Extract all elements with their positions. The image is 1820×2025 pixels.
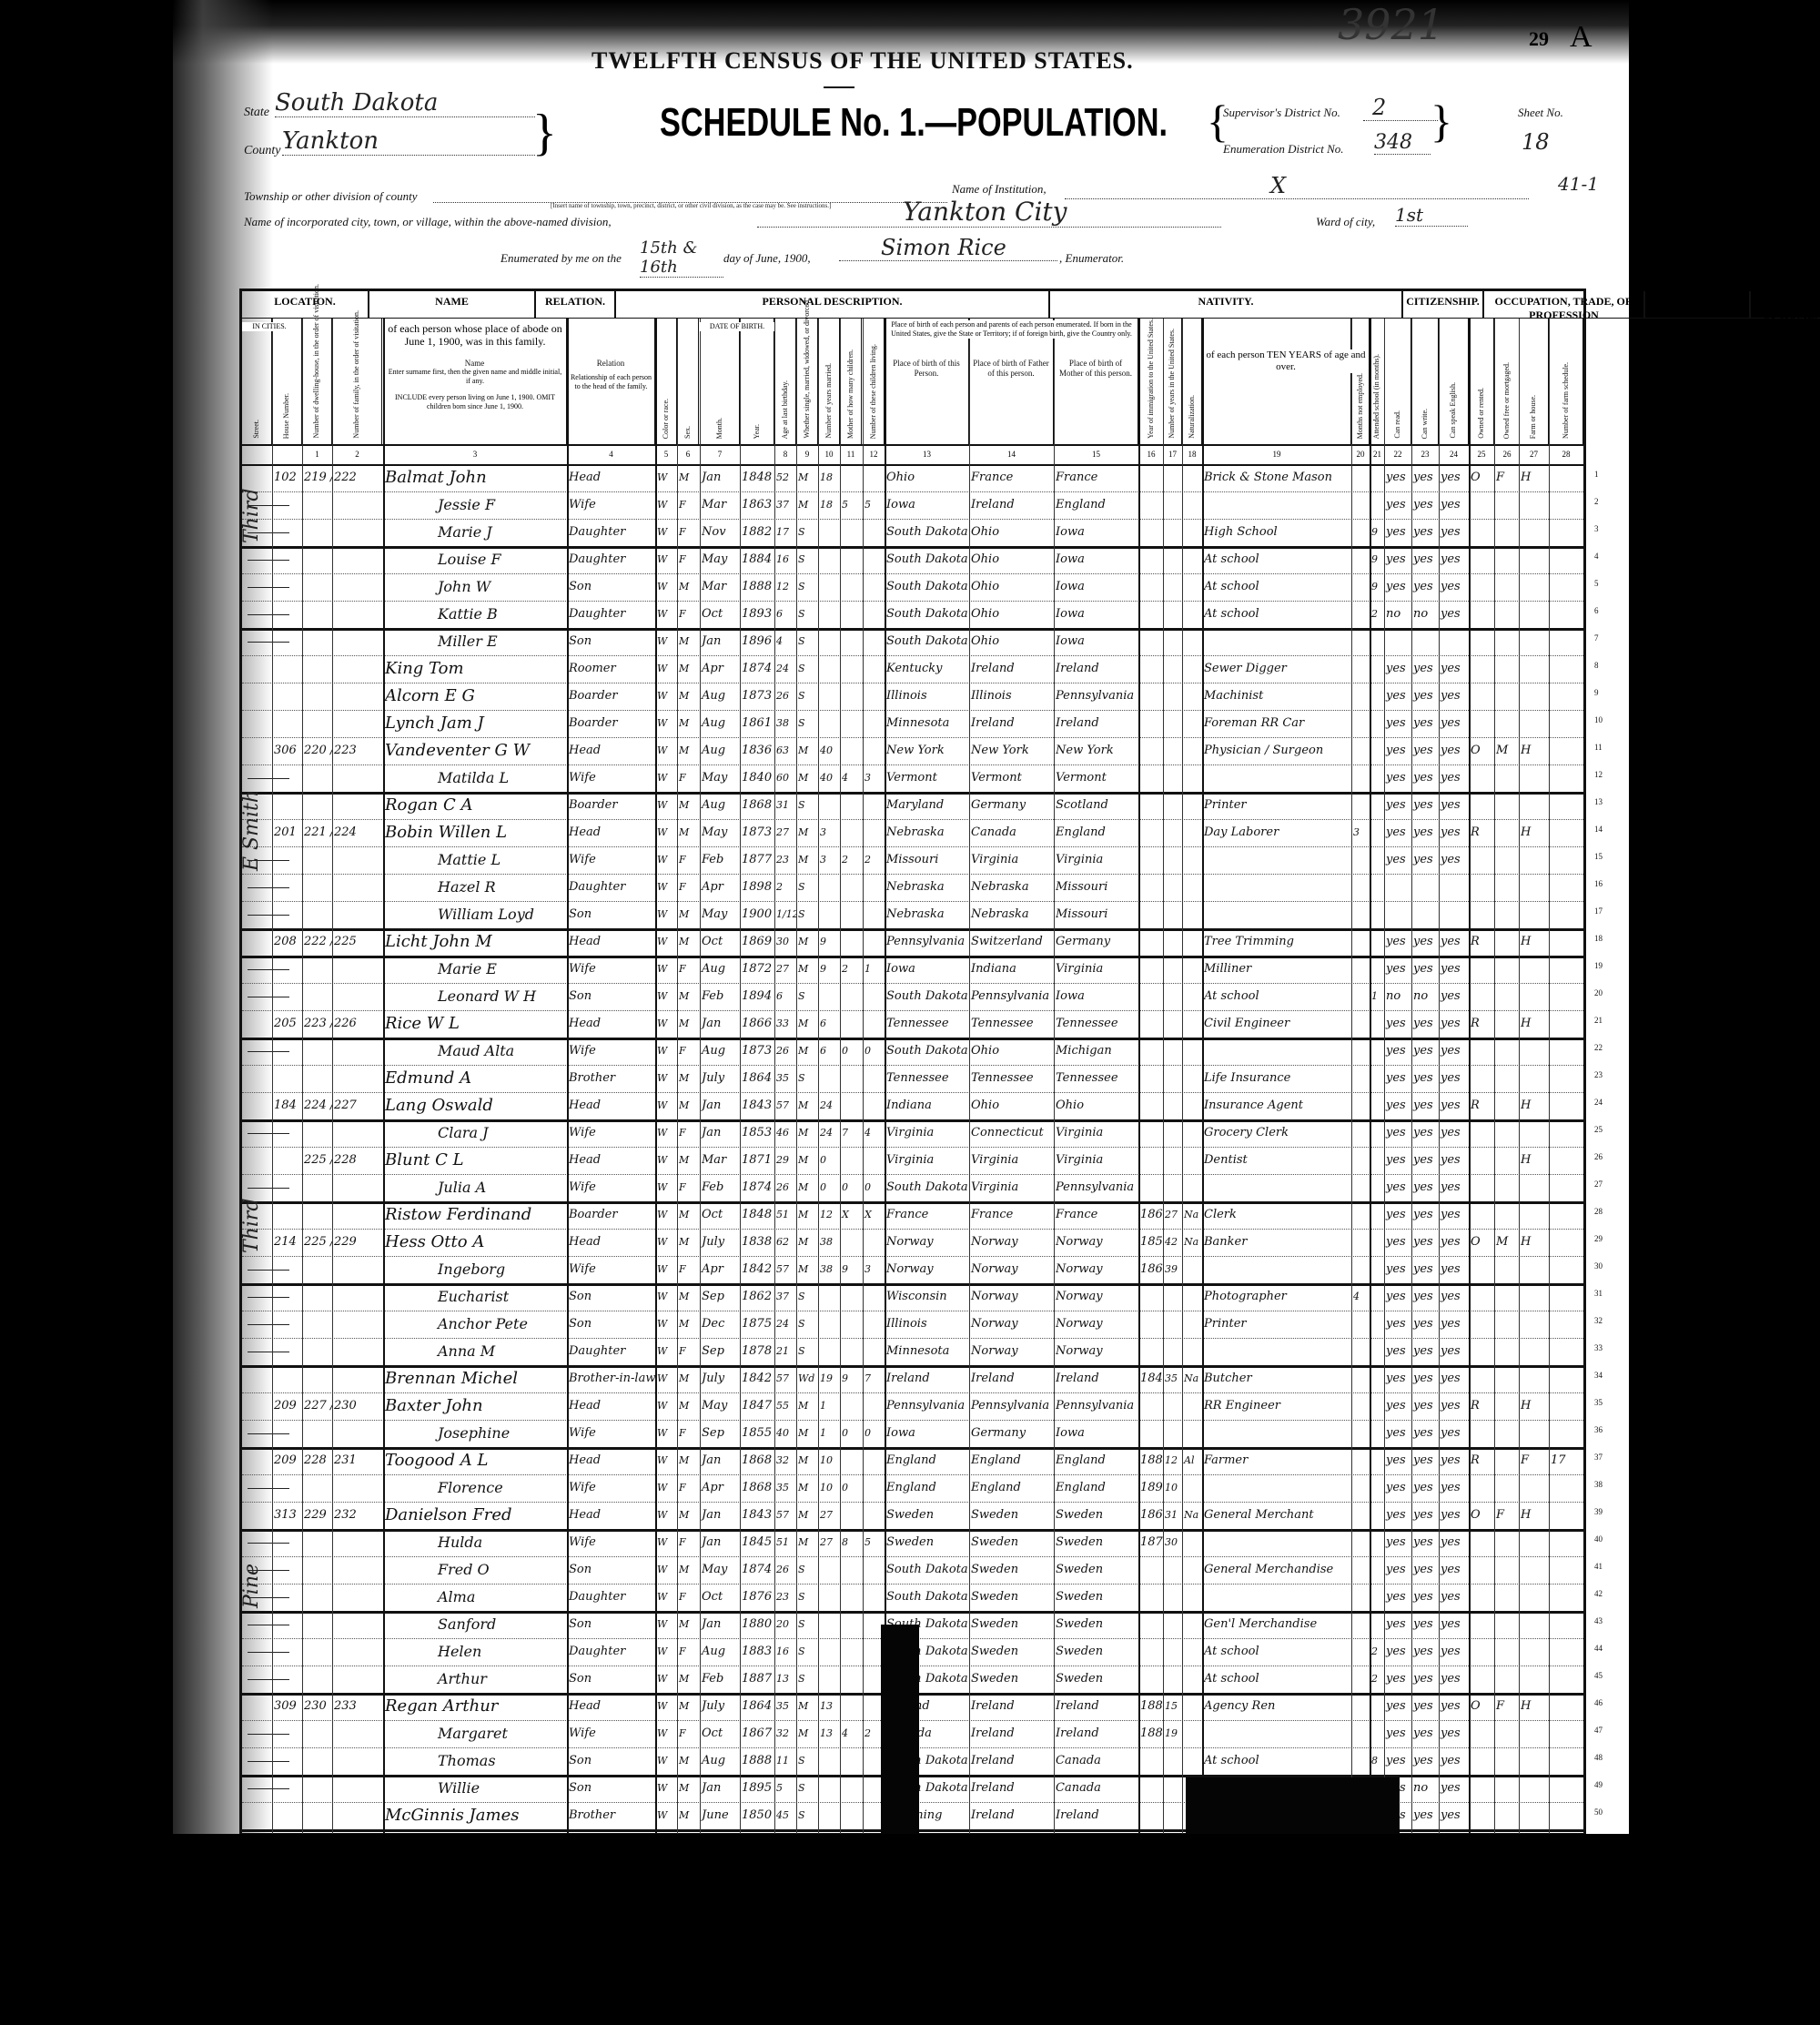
cell-year: 1895 [740,1775,774,1802]
cell-free [1494,1747,1520,1775]
cell-birth: Nebraska [885,901,969,928]
cell-sex: M [677,1283,699,1311]
cell-dwelling [302,1065,332,1092]
cell-marital: S [796,601,818,628]
cell-father-birth: Ireland [969,710,1054,737]
cell-free: M [1494,737,1520,764]
cell-living [863,1147,885,1174]
cell-father-birth: Norway [969,1311,1054,1338]
cell-natur: Na [1182,1502,1202,1529]
cell-mother-birth: Scotland [1054,792,1138,819]
cell-write: yes [1411,491,1439,519]
line-number: 15 [1594,852,1603,861]
cell-natur [1182,901,1202,928]
column-number-row: 1234567891011121314151617181920212223242… [242,444,1583,466]
cell-english: yes [1439,1174,1469,1201]
cell-school [1370,1229,1385,1256]
line-number: 13 [1594,797,1603,806]
line-number: 44 [1594,1644,1603,1653]
cell-marital: M [796,1474,818,1502]
line-number: 41 [1594,1562,1603,1571]
cell-dwelling [302,764,332,792]
cell-house: 309 [272,1693,302,1720]
cell-year: 1863 [740,491,774,519]
cell-occupation: General Merchandise [1202,1556,1351,1584]
cell-english: yes [1439,464,1469,491]
cell-free [1494,1392,1520,1420]
cell-family [332,519,382,546]
cell-marital: M [796,464,818,491]
column-rule [1351,319,1352,1834]
cell-age: 32 [774,1720,796,1747]
cell-mother-birth: Tennessee [1054,1010,1138,1038]
line-number: 7 [1594,633,1599,643]
column-header-text: Month. [715,418,723,439]
cell-relation: Boarder [567,683,655,710]
cell-immig: 1890 [1138,1474,1164,1502]
cell-months-unemp [1351,601,1370,628]
cell-yrs-us [1163,874,1182,901]
cell-yrs-married: 18 [818,464,840,491]
cell-birth: Virginia [885,1147,969,1174]
cell-sex: F [677,1584,699,1611]
cell-dwelling [302,956,332,983]
cell-mother-of [840,601,862,628]
cell-birth: Pennsylvania [885,1392,969,1420]
cell-marital: M [796,1147,818,1174]
cell-mother-birth: Sweden [1054,1584,1138,1611]
cell-living [863,655,885,683]
cell-color: W [655,1311,677,1338]
cell-yrs-us [1163,1119,1182,1147]
cell-father-birth: Pennsylvania [969,983,1054,1010]
cell-name: Willie [383,1775,567,1802]
cell-immig: 1858 [1138,1229,1164,1256]
cell-school [1370,1693,1385,1720]
cell-owned [1469,683,1494,710]
cell-immig [1138,1283,1164,1311]
cell-birth: Ireland [885,1365,969,1392]
cell-father-birth: Ireland [969,491,1054,519]
cell-family [332,1720,382,1747]
cell-name: Vandeventer G W [383,737,567,764]
cell-family: 224 [332,819,382,846]
cell-color: W [655,1584,677,1611]
cell-yrs-married [818,573,840,601]
cell-family [332,491,382,519]
cell-free [1494,901,1520,928]
cell-yrs-married: 40 [818,764,840,792]
cell-months-unemp [1351,901,1370,928]
cell-birth: Iowa [885,491,969,519]
cell-mother-birth: England [1054,1447,1138,1474]
cell-occupation: Tree Trimming [1202,928,1351,956]
cell-yrs-married [818,1338,840,1365]
cell-relation: Son [567,901,655,928]
cell-write: yes [1411,1092,1439,1119]
cell-occupation: At school [1202,1666,1351,1693]
column-number: 6 [677,444,699,464]
cell-month: Jan [700,1529,740,1556]
cell-occupation: Clerk [1202,1201,1351,1229]
cell-year: 1887 [740,1666,774,1693]
cell-english: yes [1439,1529,1469,1556]
cell-family [332,1119,382,1147]
cell-english: yes [1439,928,1469,956]
cell-month: Aug [700,737,740,764]
cell-birth: Nebraska [885,819,969,846]
cell-owned [1469,983,1494,1010]
cell-occupation: At school [1202,1747,1351,1775]
cell-write: yes [1411,1447,1439,1474]
cell-birth: Minnesota [885,1338,969,1365]
cell-name: Licht John M [383,928,567,956]
cell-farm [1519,573,1549,601]
cell-name: Ingeborg [383,1256,567,1283]
cell-schedule [1549,491,1583,519]
cell-mother-of [840,1447,862,1474]
cell-marital: S [796,901,818,928]
cell-school: 9 [1370,546,1385,573]
ditto-dash [248,560,289,561]
cell-write: yes [1411,546,1439,573]
cell-free [1494,546,1520,573]
cell-month: Jan [700,1502,740,1529]
cell-mother-birth: France [1054,464,1138,491]
cell-read: yes [1384,1666,1411,1693]
cell-birth: Nebraska [885,874,969,901]
cell-name: Louise F [383,546,567,573]
line-number: 12 [1594,770,1603,779]
cell-read: yes [1384,1474,1411,1502]
cell-school: 9 [1370,519,1385,546]
cell-dwelling: 227 / 227 [302,1392,332,1420]
cell-natur [1182,1638,1202,1666]
cell-yrs-us [1163,1420,1182,1447]
cell-english: yes [1439,1584,1469,1611]
cell-mother-of [840,901,862,928]
cell-living [863,1392,885,1420]
cell-name: Julia A [383,1174,567,1201]
cell-father-birth: New York [969,737,1054,764]
cell-free [1494,1474,1520,1502]
cell-sex: M [677,1502,699,1529]
cell-mother-of [840,792,862,819]
street-name-label: Third [240,1171,263,1253]
table-row: Lynch Jam JBoarderWMAug186138SMinnesotaI… [242,710,1583,738]
column-header-read: Can read. [1384,319,1411,444]
cell-relation: Brother-in-law [567,1365,655,1392]
cell-mother-birth: Germany [1054,928,1138,956]
cell-months-unemp [1351,491,1370,519]
cell-month: Jan [700,1611,740,1638]
cell-mother-of [840,710,862,737]
cell-sex: F [677,1174,699,1201]
column-rule [1439,319,1440,1834]
cell-mother-of: 4 [840,1720,862,1747]
cell-color: W [655,1666,677,1693]
cell-birth: England [885,1474,969,1502]
cell-house [272,792,302,819]
cell-schedule [1549,1311,1583,1338]
cell-year: 1872 [740,956,774,983]
column-rule [1182,319,1183,1834]
column-header-schedule: Number of farm schedule. [1549,319,1583,444]
table-row: Edmund ABrotherWMJuly186435STennesseeTen… [242,1065,1583,1093]
cell-age: 6 [774,983,796,1010]
cell-free [1494,956,1520,983]
column-rule [1494,319,1495,1834]
district-brace-right: } [1431,98,1452,144]
cell-marital: S [796,1065,818,1092]
cell-month: Jan [700,1775,740,1802]
column-header-text: Age at last birthday. [781,380,789,439]
column-header-house: House Number. [272,319,302,444]
cell-family [332,628,382,655]
cell-yrs-us [1163,737,1182,764]
column-rule [567,319,569,1834]
cell-family [332,1584,382,1611]
cell-month: May [700,819,740,846]
cell-family [332,601,382,628]
cell-year: 1868 [740,792,774,819]
cell-sex: F [677,1420,699,1447]
cell-sex: M [677,1010,699,1038]
cell-color: W [655,1556,677,1584]
cell-english: yes [1439,1229,1469,1256]
cell-yrs-us [1163,764,1182,792]
cell-living [863,1447,885,1474]
cell-dwelling [302,1720,332,1747]
cell-school [1370,1720,1385,1747]
cell-read: yes [1384,846,1411,874]
cell-dwelling [302,1474,332,1502]
cell-dwelling [302,628,332,655]
cell-month: July [700,1229,740,1256]
cell-month: Aug [700,956,740,983]
cell-immig [1138,1147,1164,1174]
column-group-education: EDUCATION. [1645,291,1751,319]
cell-read: yes [1384,1638,1411,1666]
cell-school [1370,491,1385,519]
cell-months-unemp [1351,519,1370,546]
cell-owned [1469,1311,1494,1338]
cell-month: Nov [700,519,740,546]
cell-marital: S [796,683,818,710]
cell-free [1494,764,1520,792]
cell-immig [1138,737,1164,764]
cell-school [1370,710,1385,737]
cell-house [272,710,302,737]
cell-mother-birth: Iowa [1054,519,1138,546]
cell-read: yes [1384,819,1411,846]
cell-relation: Head [567,464,655,491]
cell-living [863,1311,885,1338]
cell-occupation: Grocery Clerk [1202,1119,1351,1147]
cell-dwelling [302,1556,332,1584]
cell-immig [1138,1802,1164,1829]
cell-name: Danielson Fred [383,1502,567,1529]
ditto-dash [248,887,289,888]
cell-schedule [1549,1556,1583,1584]
cell-english: yes [1439,737,1469,764]
cell-english: yes [1439,655,1469,683]
cell-english: yes [1439,1119,1469,1147]
cell-free [1494,1010,1520,1038]
cell-dwelling [302,846,332,874]
institution-field: X [1065,173,1529,199]
cell-family: 225 [332,928,382,956]
cell-family [332,1420,382,1447]
cell-mother-of [840,1775,862,1802]
cell-birth: England [885,1447,969,1474]
cell-months-unemp [1351,1065,1370,1092]
line-number: 8 [1594,661,1599,670]
enumerator-field: Simon Rice [839,235,1057,261]
cell-marital: S [796,1747,818,1775]
table-row: 306220 / 221223Vandeventer G WHeadWMAug1… [242,737,1583,765]
cell-relation: Head [567,1502,655,1529]
cell-father-birth: Nebraska [969,901,1054,928]
column-header-text: Number of years married. [824,363,833,439]
cell-yrs-married: 10 [818,1474,840,1502]
cell-free [1494,1174,1520,1201]
cell-natur [1182,737,1202,764]
cell-father-birth: Canada [969,819,1054,846]
city-label: Name of incorporated city, town, or vill… [244,215,612,229]
cell-living: 3 [863,764,885,792]
table-row: FlorenceWifeWFApr186835M100EnglandEnglan… [242,1474,1583,1503]
column-header-mother-of: Mother of how many children. [840,319,862,444]
cell-mother-of [840,546,862,573]
cell-age: 21 [774,1338,796,1365]
cell-relation: Head [567,737,655,764]
cell-yrs-married: 3 [818,846,840,874]
cell-year: 1874 [740,655,774,683]
cell-living [863,1229,885,1256]
cell-mother-birth: Ohio [1054,1092,1138,1119]
table-row: IngeborgWifeWFApr184257M3893NorwayNorway… [242,1256,1583,1286]
cell-read: yes [1384,928,1411,956]
cell-yrs-married [818,1638,840,1666]
cell-relation: Head [567,1392,655,1420]
cell-natur [1182,710,1202,737]
line-number: 14 [1594,825,1603,834]
cell-dwelling [302,546,332,573]
cell-year: 1894 [740,983,774,1010]
cell-schedule [1549,983,1583,1010]
cell-yrs-married [818,710,840,737]
cell-farm [1519,1311,1549,1338]
line-number: 2 [1594,497,1599,506]
cell-yrs-us [1163,1392,1182,1420]
cell-age: 57 [774,1502,796,1529]
cell-read: yes [1384,464,1411,491]
cell-living [863,983,885,1010]
cell-yrs-us [1163,819,1182,846]
cell-immig [1138,1174,1164,1201]
cell-write: yes [1411,519,1439,546]
column-number [272,444,302,464]
ditto-dash [248,1297,289,1298]
cell-name: Lang Oswald [383,1092,567,1119]
cell-months-unemp [1351,1584,1370,1611]
cell-yrs-married [818,792,840,819]
cell-month: Sep [700,1420,740,1447]
cell-farm [1519,1529,1549,1556]
cell-birth: South Dakota [885,983,969,1010]
cell-birth: South Dakota [885,1556,969,1584]
cell-owned [1469,1529,1494,1556]
cell-free [1494,710,1520,737]
line-number: 37 [1594,1453,1603,1462]
cell-month: May [700,546,740,573]
cell-school [1370,1283,1385,1311]
cell-occupation: Day Laborer [1202,819,1351,846]
ditto-dash [248,642,289,643]
line-number: 39 [1594,1507,1603,1516]
cell-write: yes [1411,1420,1439,1447]
cell-mother-birth: Norway [1054,1256,1138,1283]
cell-house [272,1802,302,1829]
cell-year: 1861 [740,710,774,737]
cell-sex: F [677,1638,699,1666]
cell-name: King Tom [383,655,567,683]
line-number: 40 [1594,1534,1603,1544]
cell-yrs-us [1163,1038,1182,1065]
cell-year: 1867 [740,1720,774,1747]
cell-owned [1469,1365,1494,1392]
cell-color: W [655,1693,677,1720]
cell-yrs-married [818,628,840,655]
cell-family: 226 [332,1010,382,1038]
cell-sex: F [677,846,699,874]
cell-father-birth: Ireland [969,1802,1054,1829]
cell-school [1370,1256,1385,1283]
cell-sex: F [677,601,699,628]
column-header-living: Number of these children living. [863,319,885,444]
cell-read: yes [1384,1747,1411,1775]
cell-farm [1519,983,1549,1010]
cell-farm [1519,1638,1549,1666]
cell-living [863,1474,885,1502]
cell-sex: M [677,1556,699,1584]
cell-sex: M [677,655,699,683]
cell-sex: F [677,874,699,901]
cell-school [1370,737,1385,764]
cell-occupation: Machinist [1202,683,1351,710]
cell-sex: F [677,1474,699,1502]
column-rule [1519,319,1520,1834]
column-header-month: Month. [700,319,740,444]
cell-father-birth: Sweden [969,1502,1054,1529]
cell-read: yes [1384,1365,1411,1392]
column-rule [1469,319,1471,1834]
cell-yrs-us: 39 [1163,1256,1182,1283]
line-number: 32 [1594,1316,1603,1325]
cell-owned: R [1469,819,1494,846]
cell-schedule [1549,1174,1583,1201]
column-number: 18 [1182,444,1202,464]
cell-occupation: Printer [1202,792,1351,819]
cell-write: yes [1411,1283,1439,1311]
cell-name: Anchor Pete [383,1311,567,1338]
column-rule [863,319,864,1834]
cell-owned: R [1469,1447,1494,1474]
cell-yrs-married [818,983,840,1010]
cell-occupation: Foreman RR Car [1202,710,1351,737]
cell-read: yes [1384,1119,1411,1147]
